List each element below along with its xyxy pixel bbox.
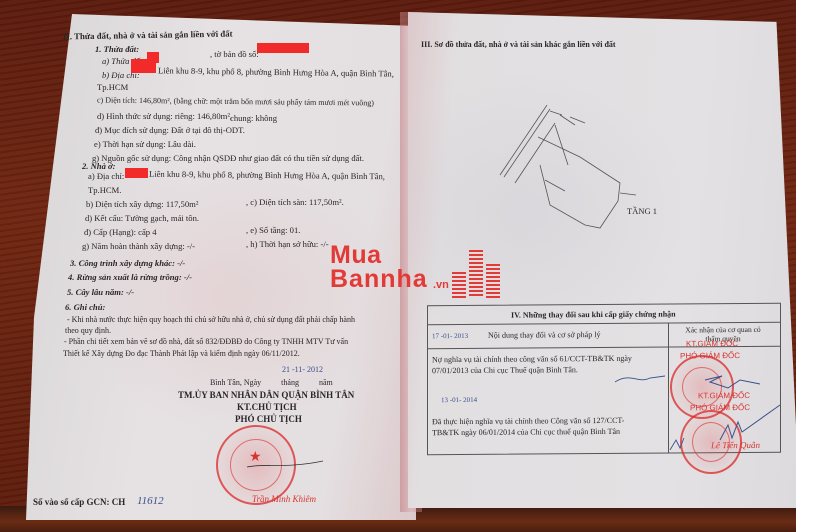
building-bars-icon <box>452 248 508 298</box>
section-iii-heading: III. Sơ đồ thửa đất, nhà ở và tài sản kh… <box>421 41 616 49</box>
perennial-trees: 5. Cây lâu năm: -/- <box>67 288 134 297</box>
signer-name-left: Trần Minh Khiêm <box>252 495 316 504</box>
document-photo: II. Thửa đất, nhà ở và tài sản gắn liền … <box>0 0 796 532</box>
entry-2-line-2: TB&TK ngày 06/01/2014 của Chi cục thuế q… <box>432 428 620 437</box>
house-floors: , e) Số tầng: 01. <box>246 226 300 235</box>
table-header-date: 17 -01- 2013 <box>432 333 468 340</box>
entry-1-stamp-title-1: KT.GIÁM ĐỐC <box>686 340 738 348</box>
issue-date-stamp: 21 -11- 2012 <box>282 366 323 374</box>
handwritten-signatures <box>610 370 790 450</box>
signer-role-2: PHÓ CHỦ TỊCH <box>235 415 302 424</box>
house-grade: đ) Cấp (Hạng): cấp 4 <box>84 228 157 237</box>
signature-stroke-left <box>245 455 325 475</box>
land-origin: g) Nguồn gốc sử dụng: Công nhận QSDĐ như… <box>92 154 364 163</box>
land-usage-form: d) Hình thức sử dụng: riêng: 146,80m², <box>97 112 232 121</box>
land-city: Tp.HCM <box>97 83 128 92</box>
redacted-house-address <box>125 168 148 178</box>
issuing-authority: TM.ỦY BAN NHÂN DÂN QUẬN BÌNH TÂN <box>178 391 354 400</box>
notes-line-1: - Khi nhà nước thực hiện quy hoạch thì c… <box>67 316 355 324</box>
redacted-map-sheet-number <box>257 43 309 53</box>
watermark-domain: .vn <box>433 280 449 291</box>
table-title: IV. Những thay đổi sau khi cấp giấy chứn… <box>511 310 676 319</box>
land-title: 1. Thửa đất: <box>95 45 139 54</box>
house-city: Tp.HCM. <box>88 186 121 195</box>
other-construction: 3. Công trình xây dựng khác: -/- <box>70 259 185 268</box>
entry-2-line-1: Đã thực hiện nghĩa vụ tài chính theo Côn… <box>432 417 624 426</box>
entry-2-date: 13 -01- 2014 <box>441 397 477 404</box>
house-structure: d) Kết cấu: Tường gạch, mái tôn. <box>85 214 199 223</box>
entry-1-line-1: Nợ nghĩa vụ tài chính theo công văn số 6… <box>432 355 632 364</box>
entry-1-line-2: 07/01/2013 của Chi cục Thuế quận Bình Tâ… <box>432 366 578 375</box>
place-date-line: Bình Tân, Ngày tháng năm <box>210 379 333 387</box>
table-header-content: Nội dung thay đổi và cơ sở pháp lý <box>488 331 600 340</box>
signer-role-1: KT.CHỦ TỊCH <box>237 403 297 412</box>
watermark-bannha: Bannha <box>330 267 428 292</box>
floor-plan-sketch <box>490 105 640 230</box>
notes-title: 6. Ghi chú: <box>65 303 105 312</box>
redacted-land-address <box>131 59 156 73</box>
land-usage-shared: chung: không <box>230 114 277 123</box>
map-sheet-label: , tờ bản đồ số: <box>210 50 259 59</box>
house-build-area: b) Diện tích xây dựng: 117,50m² <box>86 200 198 209</box>
land-purpose: đ) Mục đích sử dụng: Đất ở tại đô thị-OD… <box>95 126 245 135</box>
notes-line-4: Thiết kế Xây dựng Đo đạc Thành Phát lập … <box>63 350 300 358</box>
house-completion-year: g) Năm hoàn thành xây dựng: -/- <box>82 242 195 251</box>
house-address-label: a) Địa chỉ: <box>88 172 124 181</box>
notes-line-3: - Phần chi tiết xem bản vẽ sơ đồ nhà, đấ… <box>64 338 348 346</box>
registry-number: 11612 <box>137 496 164 507</box>
house-ownership-term: , h) Thời hạn sở hữu: -/- <box>246 240 329 249</box>
registry-label: Số vào sổ cấp GCN: CH <box>33 498 125 507</box>
notes-line-2: theo quy định. <box>65 327 111 335</box>
land-term: e) Thời hạn sử dụng: Lâu dài. <box>94 140 196 149</box>
production-forest: 4. Rừng sản xuất là rừng trồng: -/- <box>68 273 192 282</box>
house-floor-area: , c) Diện tích sàn: 117,50m². <box>246 198 344 207</box>
watermark-logo: Mua Bannha .vn <box>330 243 500 303</box>
house-title: 2. Nhà ở: <box>82 162 116 171</box>
floor-label: TẦNG 1 <box>627 207 657 216</box>
